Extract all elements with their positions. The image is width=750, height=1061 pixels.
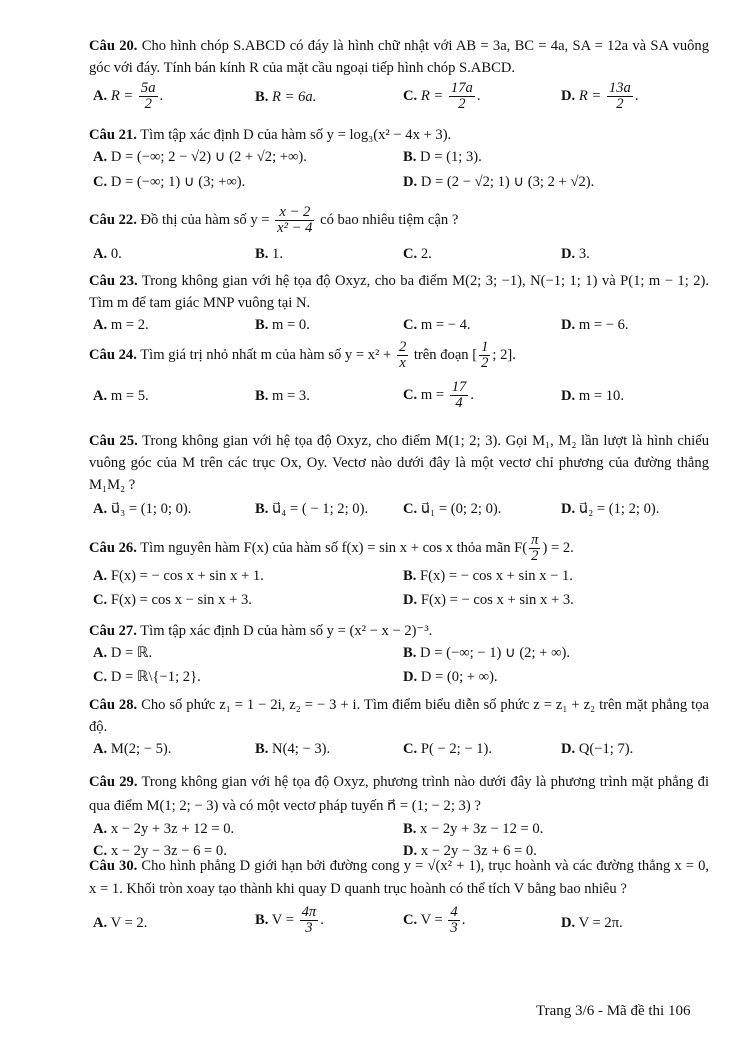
denominator: 2 [139,97,158,112]
option-a[interactable]: A. V = 2. [93,912,147,934]
option-a[interactable]: A. x − 2y + 3z + 12 = 0. [93,818,234,840]
question-text: Tìm nguyên hàm F(x) của hàm số f(x) = si… [140,540,527,556]
option-label: B. [255,89,268,105]
numerator: 17 [450,380,469,396]
option-label: D. [561,388,575,404]
question-stem: Câu 29. Trong không gian với hệ tọa độ O… [89,770,709,818]
question-number: Câu 29. [89,774,137,790]
numerator: 2 [397,340,408,356]
question-29: Câu 29. Trong không gian với hệ tọa độ O… [89,770,709,862]
option-label: B. [403,568,416,584]
option-d[interactable]: D. V = 2π. [561,912,623,934]
option-c[interactable]: C. F(x) = cos x − sin x + 3. [93,589,252,611]
question-text: ; 2]. [492,347,516,363]
question-stem: Câu 30. Cho hình phẳng D giới hạn bởi đư… [89,855,709,901]
question-stem: Câu 20. Cho hình chóp S.ABCD có đáy là h… [89,35,709,79]
option-text: D = ℝ. [111,645,152,661]
question-stem: Câu 26. Tìm nguyên hàm F(x) của hàm số f… [89,533,709,563]
option-a[interactable]: A. m = 2. [93,314,149,336]
question-number: Câu 25. [89,433,138,449]
option-text: F(x) = − cos x + sin x + 1. [111,568,264,584]
denominator: 3 [300,921,319,936]
option-text: m = 3. [272,388,310,404]
option-text: 3. [579,246,590,262]
option-label: D. [561,741,575,757]
option-text: 2. [421,246,432,262]
question-text: ) = 2. [542,540,573,556]
option-b[interactable]: B. F(x) = − cos x + sin x − 1. [403,565,573,587]
option-text: u⃗₂ = (1; 2; 0). [579,501,660,517]
option-text: F(x) = − cos x + sin x − 1. [420,568,573,584]
question-number: Câu 23. [89,273,138,289]
question-stem: Câu 24. Tìm giá trị nhỏ nhất m của hàm s… [89,340,709,378]
option-b[interactable]: B. D = (−∞; − 1) ∪ (2; + ∞). [403,642,570,664]
options-row: A. M(2; − 5). B. N(4; − 3). C. P( − 2; −… [89,738,709,760]
question-text: trên đoạn [ [410,347,477,363]
option-b[interactable]: B. m = 0. [255,314,310,336]
option-text: D = (1; 3). [420,149,482,165]
denominator: x² − 4 [275,221,314,236]
option-label: A. [93,246,107,262]
question-stem: Câu 23. Trong không gian với hệ tọa độ O… [89,270,709,314]
option-text: m = 2. [111,317,149,333]
option-c[interactable]: C. 2. [403,243,432,265]
option-text: x − 2y + 3z + 12 = 0. [111,821,234,837]
option-text: m = 10. [579,388,624,404]
option-text: m = [421,387,448,403]
option-label: C. [403,88,417,104]
option-a[interactable]: A. 0. [93,243,122,265]
option-c[interactable]: C. m = − 4. [403,314,471,336]
question-27: Câu 27. Tìm tập xác định D của hàm số y … [89,620,709,690]
option-d[interactable]: D. D = (0; + ∞). [403,666,498,688]
option-label: B. [403,645,416,661]
options-row: A. D = (−∞; 2 − √2) ∪ (2 + √2; +∞). B. D… [89,146,709,171]
option-text: R = [421,88,447,104]
denominator: x [397,356,408,371]
option-label: A. [93,568,107,584]
option-label: D. [403,669,417,685]
page-footer: Trang 3/6 - Mã đề thi 106 [536,1003,690,1020]
option-text: D = (−∞; 1) ∪ (3; +∞). [111,174,245,190]
option-d[interactable]: D. Q(−1; 7). [561,738,633,760]
options-row: A. D = ℝ. B. D = (−∞; − 1) ∪ (2; + ∞). [89,642,709,666]
denominator: 4 [450,396,469,411]
option-label: C. [403,912,417,928]
fraction: 13a2 [607,81,633,112]
option-text: V = [272,912,298,928]
option-d[interactable]: D. u⃗₂ = (1; 2; 0). [561,498,659,520]
option-b[interactable]: B. V = 4π3. [255,905,324,936]
option-text: 1. [272,246,283,262]
option-suffix: . [635,88,639,104]
option-label: A. [93,149,107,165]
fraction: 5a2 [139,81,158,112]
option-label: A. [93,645,107,661]
option-a[interactable]: A. m = 5. [93,385,149,407]
option-text: V = 2. [111,915,148,931]
fraction: 2x [397,340,408,371]
option-label: A. [93,741,107,757]
option-text: m = − 6. [579,317,629,333]
option-a[interactable]: A. u⃗₃ = (1; 0; 0). [93,498,191,520]
option-label: D. [561,501,575,517]
question-25: Câu 25. Trong không gian với hệ tọa độ O… [89,430,709,526]
option-suffix: . [470,387,474,403]
option-label: B. [255,317,268,333]
question-number: Câu 26. [89,540,137,556]
question-24: Câu 24. Tìm giá trị nhỏ nhất m của hàm s… [89,340,709,412]
question-number: Câu 20. [89,38,137,54]
option-label: D. [561,915,575,931]
fraction: 4π3 [300,905,319,936]
question-text: có bao nhiêu tiệm cận ? [316,212,458,228]
question-text: Cho số phức z₁ = 1 − 2i, z₂ = − 3 + i. T… [89,697,709,735]
question-text: Trong không gian với hệ tọa độ Oxyz, cho… [89,433,709,493]
question-text: Trong không gian với hệ tọa độ Oxyz, cho… [89,273,709,311]
option-label: D. [561,88,575,104]
question-21: Câu 21. Tìm tập xác định D của hàm số y … [89,124,709,196]
option-label: C. [403,741,417,757]
option-b[interactable]: B. 1. [255,243,283,265]
numerator: 5a [139,81,158,97]
options-row: C. F(x) = cos x − sin x + 3. D. F(x) = −… [89,589,709,613]
options-row: A. u⃗₃ = (1; 0; 0). B. u⃗₄ = ( − 1; 2; 0… [89,498,709,526]
question-stem: Câu 27. Tìm tập xác định D của hàm số y … [89,620,709,642]
option-b[interactable]: B. N(4; − 3). [255,738,330,760]
option-label: A. [93,317,107,333]
option-text: 0. [111,246,122,262]
option-b[interactable]: B. u⃗₄ = ( − 1; 2; 0). [255,498,368,520]
fraction: 17a2 [449,81,475,112]
option-label: A. [93,88,107,104]
option-text: Q(−1; 7). [579,741,633,757]
option-text: D = (−∞; − 1) ∪ (2; + ∞). [420,645,570,661]
question-23: Câu 23. Trong không gian với hệ tọa độ O… [89,270,709,336]
option-label: A. [93,821,107,837]
denominator: 3 [448,921,459,936]
fraction: 174 [450,380,469,411]
question-text: Đồ thị của hàm số y = [141,212,274,228]
option-b[interactable]: B. R = 6a. [255,86,316,108]
numerator: 1 [479,340,490,356]
option-text: D = (2 − √2; 1) ∪ (3; 2 + √2). [421,174,594,190]
option-d[interactable]: D. D = (2 − √2; 1) ∪ (3; 2 + √2). [403,171,594,193]
option-label: A. [93,388,107,404]
option-b[interactable]: B. D = (1; 3). [403,146,482,168]
question-stem: Câu 25. Trong không gian với hệ tọa độ O… [89,430,709,496]
option-c[interactable]: C. V = 43. [403,905,465,936]
option-c[interactable]: C. u⃗₁ = (0; 2; 0). [403,498,501,520]
option-a[interactable]: A. R = 5a2. [93,81,163,112]
option-suffix: . [477,88,481,104]
options-row: A. 0. B. 1. C. 2. D. 3. [89,243,709,265]
option-a[interactable]: A. D = (−∞; 2 − √2) ∪ (2 + √2; +∞). [93,146,307,168]
option-d[interactable]: D. m = 10. [561,385,624,407]
option-text: R = [579,88,605,104]
options-row: A. x − 2y + 3z + 12 = 0. B. x − 2y + 3z … [89,818,709,840]
question-stem: Câu 22. Đồ thị của hàm số y = x − 2x² − … [89,205,709,239]
option-text: P( − 2; − 1). [421,741,492,757]
option-c[interactable]: C. D = (−∞; 1) ∪ (3; +∞). [93,171,245,193]
question-26: Câu 26. Tìm nguyên hàm F(x) của hàm số f… [89,533,709,613]
numerator: 4 [448,905,459,921]
option-b[interactable]: B. m = 3. [255,385,310,407]
option-label: B. [255,501,268,517]
question-number: Câu 28. [89,697,137,713]
option-d[interactable]: D. F(x) = − cos x + sin x + 3. [403,589,574,611]
option-label: B. [255,246,268,262]
option-text: u⃗₄ = ( − 1; 2; 0). [272,501,368,517]
option-c[interactable]: C. m = 174. [403,380,474,411]
fraction: 12 [479,340,490,371]
option-text: V = 2π. [579,915,623,931]
denominator: 2 [479,356,490,371]
option-label: D. [561,317,575,333]
option-text: F(x) = cos x − sin x + 3. [111,592,252,608]
options-row: A. R = 5a2. B. R = 6a. C. R = 17a2. D. R… [89,79,709,113]
options-row: A. m = 5. B. m = 3. C. m = 174. D. m = 1… [89,378,709,412]
denominator: 2 [449,97,475,112]
option-label: C. [93,669,107,685]
options-row: C. D = ℝ\{−1; 2}. D. D = (0; + ∞). [89,666,709,690]
option-label: B. [403,821,416,837]
numerator: π [529,533,540,549]
option-label: C. [93,592,107,608]
option-text: N(4; − 3). [272,741,330,757]
question-stem: Câu 21. Tìm tập xác định D của hàm số y … [89,124,709,146]
options-row: A. F(x) = − cos x + sin x + 1. B. F(x) =… [89,565,709,589]
option-label: C. [403,387,417,403]
option-b[interactable]: B. x − 2y + 3z − 12 = 0. [403,818,543,840]
option-label: B. [255,912,268,928]
option-a[interactable]: A. M(2; − 5). [93,738,171,760]
option-c[interactable]: C. P( − 2; − 1). [403,738,492,760]
question-28: Câu 28. Cho số phức z₁ = 1 − 2i, z₂ = − … [89,694,709,760]
fraction: x − 2x² − 4 [275,205,314,236]
option-text: F(x) = − cos x + sin x + 3. [421,592,574,608]
question-number: Câu 22. [89,212,137,228]
option-text: u⃗₁ = (0; 2; 0). [421,501,502,517]
question-text: Cho hình chóp S.ABCD có đáy là hình chữ … [89,38,709,76]
question-text: Cho hình phẳng D giới hạn bởi đường cong… [89,858,709,897]
option-label: B. [403,149,416,165]
option-label: D. [403,592,417,608]
option-label: B. [255,388,268,404]
numerator: 13a [607,81,633,97]
question-stem: Câu 28. Cho số phức z₁ = 1 − 2i, z₂ = − … [89,694,709,738]
option-suffix: . [462,912,466,928]
fraction: π2 [529,533,540,564]
option-label: B. [255,741,268,757]
question-22: Câu 22. Đồ thị của hàm số y = x − 2x² − … [89,205,709,265]
option-text: R = 6a. [272,89,316,105]
numerator: 4π [300,905,319,921]
denominator: 2 [607,97,633,112]
option-suffix: . [320,912,324,928]
question-text: Tìm giá trị nhỏ nhất m của hàm số y = x²… [140,347,395,363]
option-text: x − 2y + 3z − 12 = 0. [420,821,543,837]
option-label: C. [403,317,417,333]
numerator: 17a [449,81,475,97]
denominator: 2 [529,549,540,564]
question-text: Tìm tập xác định D của hàm số y = (x² − … [140,623,432,639]
option-text: V = [421,912,447,928]
option-text: M(2; − 5). [111,741,172,757]
option-text: D = (−∞; 2 − √2) ∪ (2 + √2; +∞). [111,149,307,165]
option-label: C. [403,246,417,262]
question-text: Tìm tập xác định D của hàm số y = log₃(x… [140,127,451,143]
option-c[interactable]: C. R = 17a2. [403,81,480,112]
question-number: Câu 21. [89,127,137,143]
options-row: C. D = (−∞; 1) ∪ (3; +∞). D. D = (2 − √2… [89,171,709,196]
option-label: C. [93,174,107,190]
option-a[interactable]: A. D = ℝ. [93,642,152,664]
option-text: u⃗₃ = (1; 0; 0). [111,501,192,517]
option-text: R = [111,88,137,104]
option-label: A. [93,501,107,517]
option-a[interactable]: A. F(x) = − cos x + sin x + 1. [93,565,264,587]
option-text: m = 5. [111,388,149,404]
option-text: m = 0. [272,317,310,333]
option-label: D. [561,246,575,262]
question-number: Câu 24. [89,347,137,363]
fraction: 43 [448,905,459,936]
question-20: Câu 20. Cho hình chóp S.ABCD có đáy là h… [89,35,709,113]
option-label: C. [403,501,417,517]
option-d[interactable]: D. 3. [561,243,590,265]
option-suffix: . [160,88,164,104]
question-30: Câu 30. Cho hình phẳng D giới hạn bởi đư… [89,855,709,937]
option-c[interactable]: C. D = ℝ\{−1; 2}. [93,666,201,688]
option-text: m = − 4. [421,317,471,333]
options-row: A. m = 2. B. m = 0. C. m = − 4. D. m = −… [89,314,709,336]
option-label: A. [93,915,107,931]
option-text: D = ℝ\{−1; 2}. [111,669,201,685]
options-row: A. V = 2. B. V = 4π3. C. V = 43. D. V = … [89,903,709,937]
option-label: D. [403,174,417,190]
option-d[interactable]: D. m = − 6. [561,314,629,336]
option-d[interactable]: D. R = 13a2. [561,81,638,112]
option-text: D = (0; + ∞). [421,669,498,685]
question-number: Câu 30. [89,858,137,874]
question-number: Câu 27. [89,623,137,639]
question-text: Trong không gian với hệ tọa độ Oxyz, phư… [89,774,709,814]
numerator: x − 2 [275,205,314,221]
